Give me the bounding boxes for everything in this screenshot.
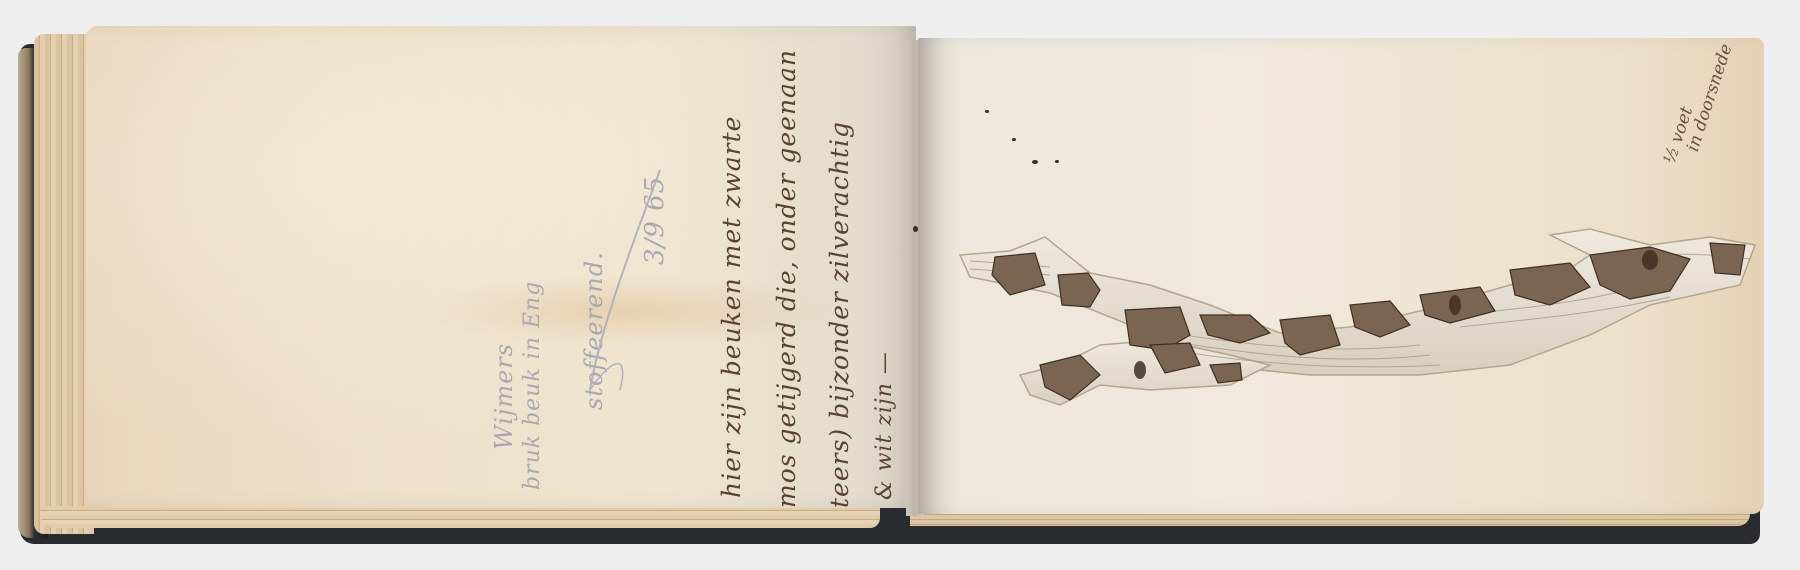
pencil-flourish [560, 160, 680, 400]
ink-speck [1032, 160, 1038, 164]
ink-line-3: teers) bijzonder zilverachtig [825, 121, 854, 508]
ink-speck [913, 226, 918, 232]
ink-speck [1012, 138, 1016, 141]
page-stack-left [34, 34, 94, 534]
pencil-line-2: bruk beuk in Eng [520, 281, 545, 490]
branch-sketch [950, 215, 1760, 425]
pencil-line-1: Wijmers [490, 343, 518, 450]
ink-speck [1055, 160, 1059, 163]
page-stack-bottom-left [40, 506, 880, 528]
ink-speck [985, 110, 989, 113]
sketchbook-photo: Wijmers bruk beuk in Eng stoffeerend. 3/… [0, 0, 1800, 570]
ink-line-2: mos getijgerd die, onder geenaan [772, 49, 801, 508]
ink-line-4: & wit zijn — [872, 351, 897, 500]
ink-line-1: hier zijn beuken met zwarte [717, 116, 746, 498]
